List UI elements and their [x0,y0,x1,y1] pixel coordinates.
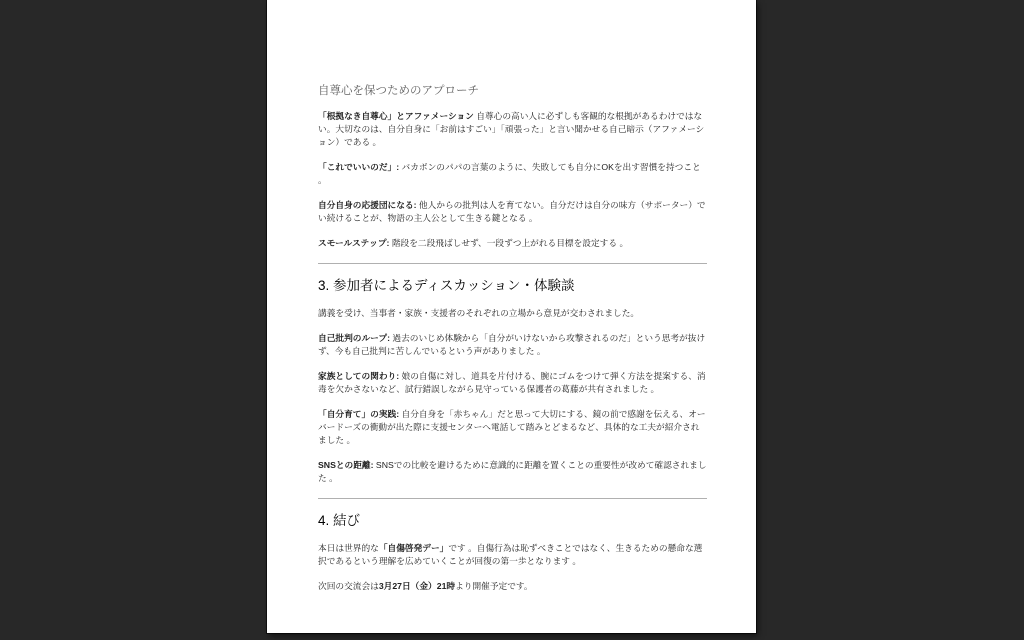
doc-paragraph: 本日は世界的な「自傷啓発デー」です 。自傷行為は恥ずべきことではなく、生きるため… [318,542,707,568]
bold-text: 3月27日（金）21時 [379,581,455,591]
section-heading: 3. 参加者によるディスカッション・体験談 [318,277,707,294]
body-text: より開催予定です。 [455,581,533,591]
document-content: 自尊心を保つためのアプローチ「根拠なき自尊心」とアファメーション 自尊心の高い人… [318,84,707,593]
sub-heading: 自尊心を保つためのアプローチ [318,84,707,98]
doc-paragraph: 自分自身の応援団になる: 他人からの批判は人を育てない。自分だけは自分の味方（サ… [318,199,707,225]
bold-text: 自分自身の応援団になる: [318,200,416,210]
body-text: 講義を受け、当事者・家族・支援者のそれぞれの立場から意見が交わされました。 [318,308,639,318]
doc-paragraph: 「これでいいのだ」: バカボンのパパの言葉のように、失敗しても自分にOKを出す習… [318,161,707,187]
body-text: 次回の交流会は [318,581,379,591]
bold-text: 「自分育て」の実践: [318,409,399,419]
doc-paragraph: 家族としての関わり: 娘の自傷に対し、道具を片付ける、腕にゴムをつけて弾く方法を… [318,370,707,396]
doc-paragraph: 次回の交流会は3月27日（金）21時より開催予定です。 [318,580,707,593]
bold-text: スモールステップ: [318,238,389,248]
section-heading: 4. 結び [318,512,707,529]
doc-paragraph: 講義を受け、当事者・家族・支援者のそれぞれの立場から意見が交わされました。 [318,307,707,320]
bold-text: 家族としての関わり: [318,371,399,381]
bold-text: 「根拠なき自尊心」とアファメーション [318,111,474,121]
body-text: 本日は世界的な [318,543,379,553]
body-text: 階段を二段飛ばしせず、一段ずつ上がれる目標を設定する 。 [389,238,628,248]
section-divider [318,263,707,264]
doc-paragraph: スモールステップ: 階段を二段飛ばしせず、一段ずつ上がれる目標を設定する 。 [318,237,707,250]
section-divider [318,498,707,499]
doc-paragraph: 「自分育て」の実践: 自分自身を「赤ちゃん」だと思って大切にする、鏡の前で感謝を… [318,408,707,447]
bold-text: 「これでいいのだ」: [318,162,399,172]
document-viewer-canvas[interactable]: 自尊心を保つためのアプローチ「根拠なき自尊心」とアファメーション 自尊心の高い人… [0,0,1024,640]
body-text: SNSでの比較を避けるために意識的に距離を置くことの重要性が改めて確認されました… [318,460,707,483]
document-page: 自尊心を保つためのアプローチ「根拠なき自尊心」とアファメーション 自尊心の高い人… [267,0,756,633]
bold-text: 自己批判のループ: [318,333,390,343]
doc-paragraph: SNSとの距離: SNSでの比較を避けるために意識的に距離を置くことの重要性が改… [318,459,707,485]
doc-paragraph: 自己批判のループ: 過去のいじめ体験から「自分がいけないから攻撃されるのだ」とい… [318,332,707,358]
bold-text: 「自傷啓発デー」 [379,543,449,553]
doc-paragraph: 「根拠なき自尊心」とアファメーション 自尊心の高い人に必ずしも客観的な根拠がある… [318,110,707,149]
bold-text: SNSとの距離: [318,460,374,470]
